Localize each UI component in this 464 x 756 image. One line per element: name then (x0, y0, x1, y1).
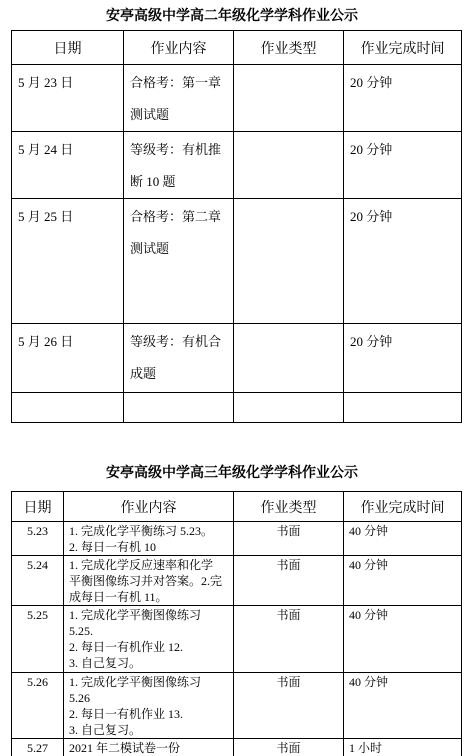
time-cell: 40 分钟 (344, 673, 462, 739)
time-cell: 20 分钟 (344, 199, 462, 324)
type-cell (234, 393, 344, 423)
type-cell (234, 132, 344, 199)
time-cell: 20 分钟 (344, 132, 462, 199)
table-row: 5.25 1. 完成化学平衡图像练习 5.25. 2. 每日一有机作业 12. … (12, 606, 462, 673)
content-cell: 1. 完成化学平衡图像练习 5.26 2. 每日一有机作业 13. 3. 自己复… (64, 673, 234, 739)
table-row: 5.26 1. 完成化学平衡图像练习 5.26 2. 每日一有机作业 13. 3… (12, 673, 462, 739)
header-cell-type: 作业类型 (234, 492, 344, 522)
header-cell-type: 作业类型 (234, 31, 344, 65)
homework-table-grade2: 日期 作业内容 作业类型 作业完成时间 5 月 23 日 合格考：第一章 测试题… (11, 30, 462, 423)
content-cell: 等级考：有机推 断 10 题 (124, 132, 234, 199)
content-cell: 合格考：第一章 测试题 (124, 65, 234, 132)
date-cell: 5.25 (12, 606, 64, 673)
time-cell: 20 分钟 (344, 65, 462, 132)
header-cell-time: 作业完成时间 (344, 492, 462, 522)
document-page: { "page": { "background": "#ffffff", "te… (0, 0, 464, 756)
date-cell: 5 月 26 日 (12, 324, 124, 393)
date-cell: 5.24 (12, 556, 64, 606)
table-row: 5.24 1. 完成化学反应速率和化学 平衡图像练习并对答案。2.完 成每日一有… (12, 556, 462, 606)
table-row: 5.23 1. 完成化学平衡练习 5.23。 2. 每日一有机 10 书面 40… (12, 522, 462, 556)
table-header-row: 日期 作业内容 作业类型 作业完成时间 (12, 492, 462, 522)
content-cell (124, 393, 234, 423)
type-cell (234, 324, 344, 393)
content-cell: 1. 完成化学反应速率和化学 平衡图像练习并对答案。2.完 成每日一有机 11。 (64, 556, 234, 606)
date-cell: 5 月 24 日 (12, 132, 124, 199)
table-header-row: 日期 作业内容 作业类型 作业完成时间 (12, 31, 462, 65)
date-cell (12, 393, 124, 423)
table-row: 5 月 23 日 合格考：第一章 测试题 20 分钟 (12, 65, 462, 132)
time-cell: 40 分钟 (344, 556, 462, 606)
time-cell (344, 393, 462, 423)
content-cell: 1. 完成化学平衡图像练习 5.25. 2. 每日一有机作业 12. 3. 自己… (64, 606, 234, 673)
homework-table-grade3: 日期 作业内容 作业类型 作业完成时间 5.23 1. 完成化学平衡练习 5.2… (11, 491, 462, 756)
table-row: 5.27 2021 年二模试卷一份 书面 1 小时 (12, 739, 462, 756)
doc-title-grade3: 安亭高级中学高三年级化学学科作业公示 (0, 423, 464, 480)
table-row-empty (12, 393, 462, 423)
type-cell (234, 199, 344, 324)
content-cell: 合格考：第二章 测试题 (124, 199, 234, 324)
time-cell: 20 分钟 (344, 324, 462, 393)
type-cell: 书面 (234, 739, 344, 756)
type-cell: 书面 (234, 606, 344, 673)
content-cell: 2021 年二模试卷一份 (64, 739, 234, 756)
header-cell-time: 作业完成时间 (344, 31, 462, 65)
header-cell-date: 日期 (12, 492, 64, 522)
type-cell: 书面 (234, 556, 344, 606)
date-cell: 5.23 (12, 522, 64, 556)
time-cell: 1 小时 (344, 739, 462, 756)
type-cell (234, 65, 344, 132)
header-cell-content: 作业内容 (124, 31, 234, 65)
date-cell: 5.26 (12, 673, 64, 739)
content-cell: 1. 完成化学平衡练习 5.23。 2. 每日一有机 10 (64, 522, 234, 556)
table-row: 5 月 24 日 等级考：有机推 断 10 题 20 分钟 (12, 132, 462, 199)
content-cell: 等级考：有机合 成题 (124, 324, 234, 393)
header-cell-date: 日期 (12, 31, 124, 65)
time-cell: 40 分钟 (344, 522, 462, 556)
date-cell: 5 月 23 日 (12, 65, 124, 132)
type-cell: 书面 (234, 522, 344, 556)
table-row: 5 月 25 日 合格考：第二章 测试题 20 分钟 (12, 199, 462, 324)
header-cell-content: 作业内容 (64, 492, 234, 522)
date-cell: 5 月 25 日 (12, 199, 124, 324)
table-row: 5 月 26 日 等级考：有机合 成题 20 分钟 (12, 324, 462, 393)
time-cell: 40 分钟 (344, 606, 462, 673)
type-cell: 书面 (234, 673, 344, 739)
date-cell: 5.27 (12, 739, 64, 756)
doc-title-grade2: 安亭高级中学高二年级化学学科作业公示 (0, 0, 464, 23)
